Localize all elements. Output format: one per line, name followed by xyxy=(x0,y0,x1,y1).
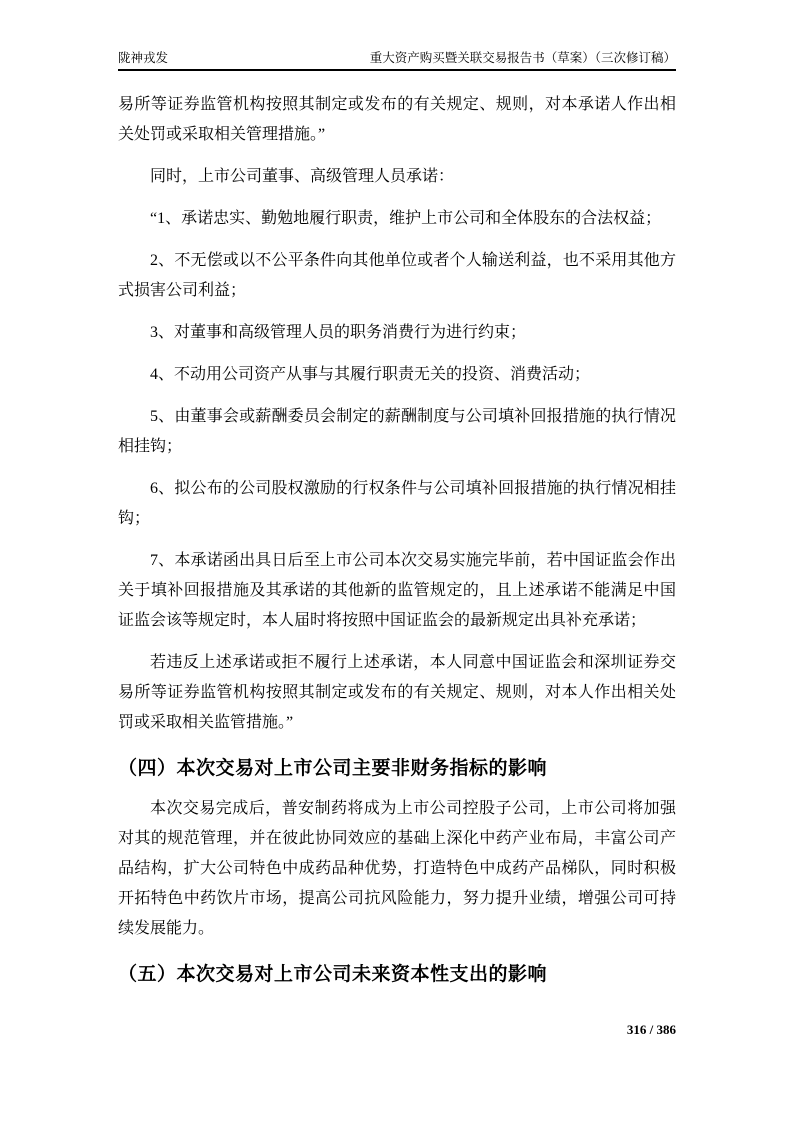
paragraph: 易所等证券监管机构按照其制定或发布的有关规定、规则，对本承诺人作出相关处罚或采取… xyxy=(118,90,676,150)
paragraph: 7、本承诺函出具日后至上市公司本次交易实施完毕前，若中国证监会作出关于填补回报措… xyxy=(118,546,676,636)
section-heading: （五）本次交易对上市公司未来资本性支出的影响 xyxy=(118,962,676,988)
document-page: 陇神戎发 重大资产购买暨关联交易报告书（草案）（三次修订稿） 易所等证券监管机构… xyxy=(0,0,793,1122)
document-body: 易所等证券监管机构按照其制定或发布的有关规定、规则，对本承诺人作出相关处罚或采取… xyxy=(118,90,676,1000)
paragraph: “1、承诺忠实、勤勉地履行职责，维护上市公司和全体股东的合法权益； xyxy=(118,204,676,234)
section-heading: （四）本次交易对上市公司主要非财务指标的影响 xyxy=(118,756,676,782)
paragraph: 4、不动用公司资产从事与其履行职责无关的投资、消费活动； xyxy=(118,360,676,390)
page-header: 陇神戎发 重大资产购买暨关联交易报告书（草案）（三次修订稿） xyxy=(118,50,676,71)
page-number: 316 / 386 xyxy=(627,1022,676,1037)
paragraph: 5、由董事会或薪酬委员会制定的薪酬制度与公司填补回报措施的执行情况相挂钩； xyxy=(118,402,676,462)
paragraph: 本次交易完成后，普安制药将成为上市公司控股子公司，上市公司将加强对其的规范管理，… xyxy=(118,794,676,944)
paragraph: 3、对董事和高级管理人员的职务消费行为进行约束； xyxy=(118,318,676,348)
page-footer: 316 / 386 xyxy=(627,1022,676,1038)
paragraph: 2、不无偿或以不公平条件向其他单位或者个人输送利益，也不采用其他方式损害公司利益… xyxy=(118,246,676,306)
paragraph: 同时，上市公司董事、高级管理人员承诺： xyxy=(118,162,676,192)
paragraph: 6、拟公布的公司股权激励的行权条件与公司填补回报措施的执行情况相挂钩； xyxy=(118,474,676,534)
header-document-title: 重大资产购买暨关联交易报告书（草案）（三次修订稿） xyxy=(370,50,676,66)
header-company-name: 陇神戎发 xyxy=(118,50,168,66)
paragraph: 若违反上述承诺或拒不履行上述承诺，本人同意中国证监会和深圳证券交易所等证券监管机… xyxy=(118,648,676,738)
